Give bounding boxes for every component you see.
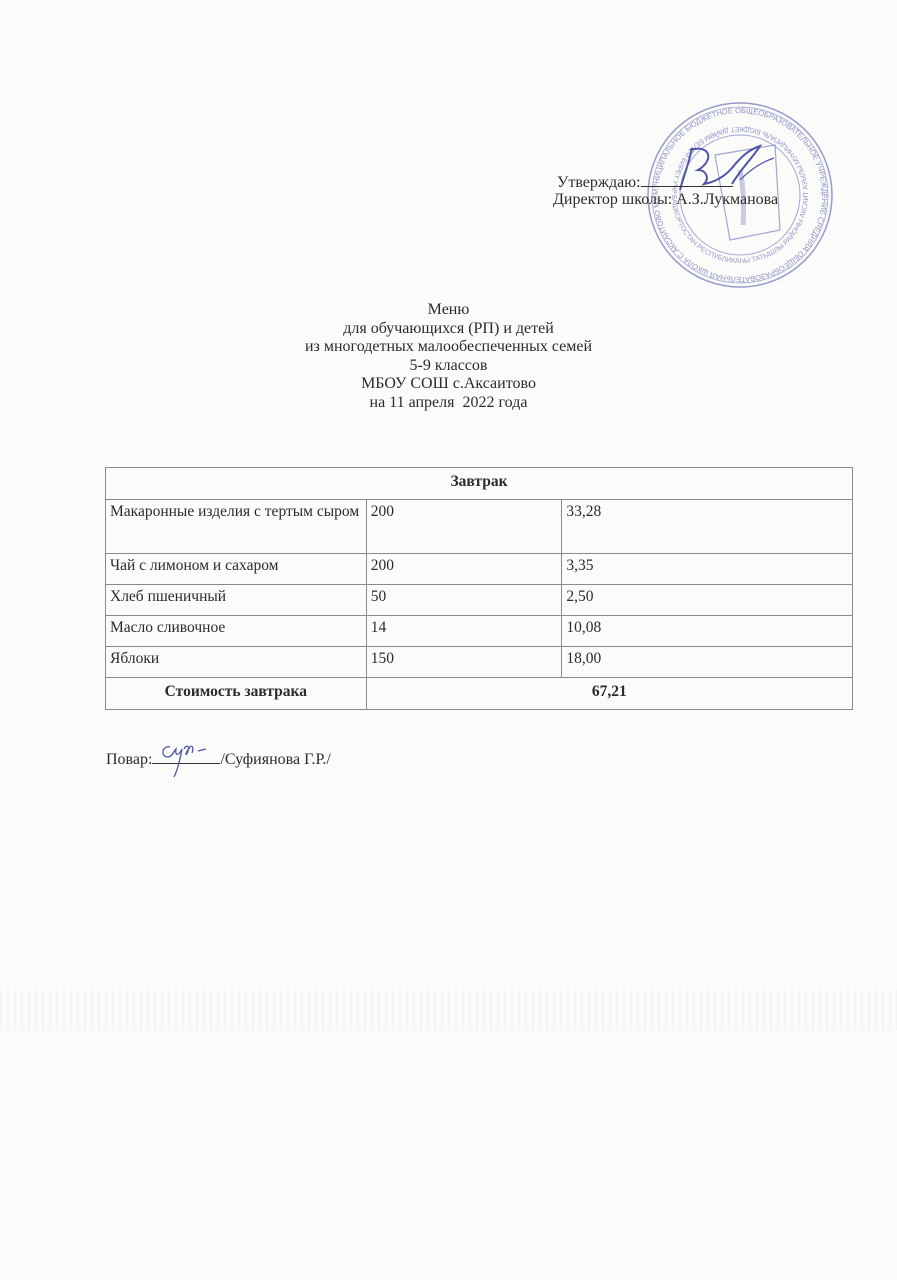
dish-name: Хлеб пшеничный [106, 585, 367, 616]
dish-portion: 50 [366, 585, 562, 616]
total-label: Стоимость завтрака [106, 678, 367, 710]
dish-portion: 200 [366, 500, 562, 554]
menu-table: Завтрак Макаронные изделия с тертым сыро… [105, 467, 853, 710]
cook-signature-icon [156, 741, 216, 781]
dish-portion: 150 [366, 647, 562, 678]
title-line: для обучающихся (РП) и детей [0, 320, 897, 339]
dish-price: 10,08 [562, 616, 853, 647]
cook-line: Повар: /Суфиянова Г.Р./ [106, 749, 331, 769]
table-row: Макаронные изделия с тертым сыром 200 33… [106, 500, 853, 554]
meal-header: Завтрак [106, 468, 853, 500]
table-row: Масло сливочное 14 10,08 [106, 616, 853, 647]
table-header-row: Завтрак [106, 468, 853, 500]
title-line: 5-9 классов [0, 357, 897, 376]
cook-signature-blank [152, 749, 220, 764]
dish-portion: 14 [366, 616, 562, 647]
table-row: Яблоки 150 18,00 [106, 647, 853, 678]
title-line: из многодетных малообеспеченных семей [0, 338, 897, 357]
dish-price: 33,28 [562, 500, 853, 554]
scan-noise-band [0, 990, 897, 1030]
dish-name: Яблоки [106, 647, 367, 678]
document-title: Меню для обучающихся (РП) и детей из мно… [0, 301, 897, 412]
dish-name: Масло сливочное [106, 616, 367, 647]
total-value: 67,21 [366, 678, 852, 710]
dish-name: Чай с лимоном и сахаром [106, 554, 367, 585]
total-row: Стоимость завтрака 67,21 [106, 678, 853, 710]
approval-line: Утверждаю: [557, 172, 733, 192]
cook-name: /Суфиянова Г.Р./ [220, 751, 330, 768]
table-row: Хлеб пшеничный 50 2,50 [106, 585, 853, 616]
dish-name: Макаронные изделия с тертым сыром [106, 500, 367, 554]
dish-price: 18,00 [562, 647, 853, 678]
title-line: Меню [0, 301, 897, 320]
cook-label: Повар: [106, 751, 152, 768]
dish-portion: 200 [366, 554, 562, 585]
director-line: Директор школы: А.З.Лукманова [553, 191, 778, 209]
title-line: на 11 апреля 2022 года [0, 394, 897, 413]
dish-price: 3,35 [562, 554, 853, 585]
approve-label: Утверждаю: [557, 174, 641, 191]
table-row: Чай с лимоном и сахаром 200 3,35 [106, 554, 853, 585]
dish-price: 2,50 [562, 585, 853, 616]
title-line: МБОУ СОШ с.Аксаитово [0, 375, 897, 394]
approve-signature-blank [641, 172, 733, 187]
